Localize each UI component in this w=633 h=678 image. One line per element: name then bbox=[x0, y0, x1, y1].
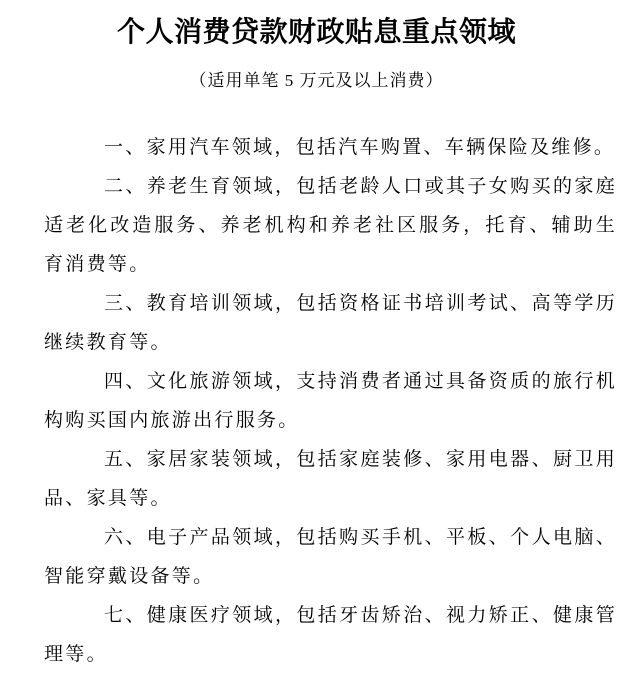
document-body: 一、家用汽车领域，包括汽车购置、车辆保险及维修。 二、养老生育领域，包括老龄人口… bbox=[44, 128, 617, 674]
document-page: 个人消费贷款财政贴息重点领域 （适用单笔 5 万元及以上消费） 一、家用汽车领域… bbox=[0, 0, 633, 678]
document-title: 个人消费贷款财政贴息重点领域 bbox=[0, 18, 633, 48]
paragraph-auto-area: 一、家用汽车领域，包括汽车购置、车辆保险及维修。 bbox=[44, 128, 617, 167]
document-subtitle: （适用单笔 5 万元及以上消费） bbox=[0, 68, 633, 94]
paragraph-electronics-area: 六、电子产品领域，包括购买手机、平板、个人电脑、智能穿戴设备等。 bbox=[44, 518, 617, 596]
paragraph-elderly-birth-area: 二、养老生育领域，包括老龄人口或其子女购买的家庭适老化改造服务、养老机构和养老社… bbox=[44, 167, 617, 284]
paragraph-education-area: 三、教育培训领域，包括资格证书培训考试、高等学历继续教育等。 bbox=[44, 284, 617, 362]
paragraph-health-medical-area: 七、健康医疗领域，包括牙齿矫治、视力矫正、健康管理等。 bbox=[44, 596, 617, 674]
paragraph-home-furnishing-area: 五、家居家装领域，包括家庭装修、家用电器、厨卫用品、家具等。 bbox=[44, 440, 617, 518]
paragraph-culture-tourism-area: 四、文化旅游领域，支持消费者通过具备资质的旅行机构购买国内旅游出行服务。 bbox=[44, 362, 617, 440]
